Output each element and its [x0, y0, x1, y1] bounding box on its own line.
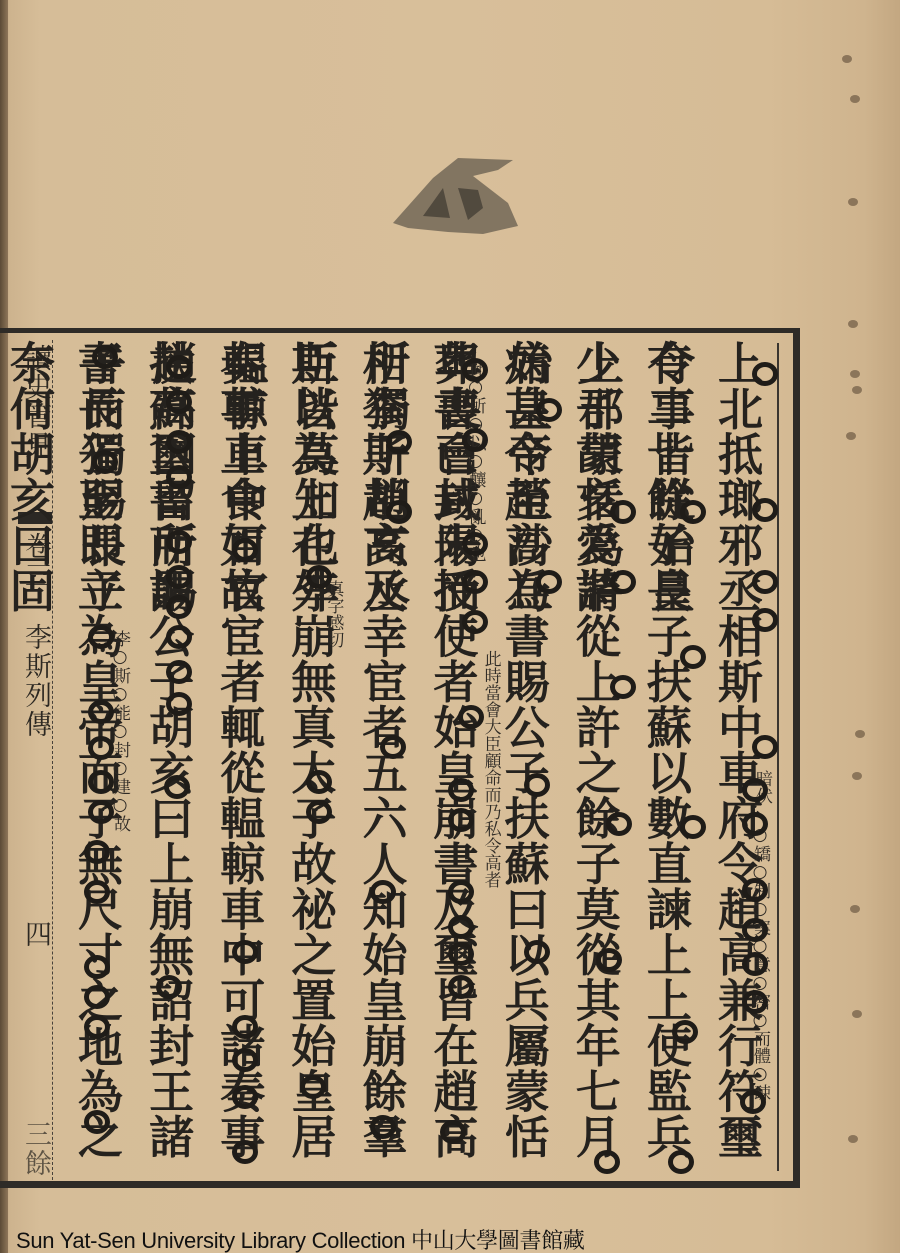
emphasis-circle-mark	[166, 692, 192, 716]
emphasis-circle-mark	[462, 610, 488, 634]
emphasis-circle-mark	[752, 735, 778, 759]
emphasis-circle-mark	[742, 918, 768, 942]
emphasis-circle-mark	[92, 450, 118, 474]
main-text-block: 上北抵瑯邪丞相斯中車府令趙高兼行符璽令事皆從始皇 暗伏 ○矯○制○案○意○密○而…	[62, 340, 770, 1180]
emphasis-circle-mark	[610, 570, 636, 594]
emphasis-circle-mark	[668, 1150, 694, 1174]
emphasis-circle-mark	[448, 880, 474, 904]
wormhole	[852, 772, 862, 780]
column-text: 斯以為上在外崩無真太子故祕之置始皇居輼輬車中百官	[275, 340, 343, 1180]
emphasis-circle-mark	[462, 570, 488, 594]
emphasis-circle-mark	[536, 398, 562, 422]
column-text: 少子胡亥愛請從上許之餘子莫從其年七月始皇帝至沙丘	[560, 340, 628, 1180]
emphasis-circle-mark	[610, 500, 636, 524]
emphasis-circle-mark	[524, 940, 550, 964]
emphasis-circle-mark	[88, 800, 114, 824]
emphasis-circle-mark	[752, 608, 778, 632]
emphasis-circle-mark	[752, 498, 778, 522]
wormhole	[846, 432, 856, 440]
emphasis-circle-mark	[524, 773, 550, 797]
emphasis-circle-mark	[462, 428, 488, 452]
emphasis-circle-mark	[606, 812, 632, 836]
emphasis-circle-mark	[166, 530, 192, 554]
torn-ink-stamp-mark	[388, 148, 523, 243]
emphasis-circle-mark	[740, 1090, 766, 1114]
emphasis-circle-mark	[232, 940, 258, 964]
emphasis-circle-mark	[672, 1020, 698, 1044]
emphasis-circle-mark	[166, 565, 192, 589]
frame-inner-rule	[777, 343, 779, 1171]
emphasis-circle-mark	[680, 815, 706, 839]
emphasis-circle-mark	[448, 808, 474, 832]
column-text: 相李斯趙高及幸宦者五六人知始皇崩餘羣臣皆莫知也李	[346, 340, 414, 1180]
emphasis-circle-mark	[166, 660, 192, 684]
emphasis-circle-mark	[156, 975, 182, 999]
text-column-3: 少子胡亥愛請從上許之餘子莫從其年七月始皇帝至沙丘	[560, 340, 628, 1180]
emphasis-circle-mark	[680, 645, 706, 669]
emphasis-circle-mark	[232, 1140, 258, 1164]
emphasis-circle-mark	[752, 570, 778, 594]
emphasis-circle-mark	[88, 625, 114, 649]
emphasis-circle-mark	[166, 390, 192, 414]
emphasis-circle-mark	[166, 465, 192, 489]
commentary-note: 李○斯○能○封○建○故	[110, 630, 130, 832]
emphasis-circle-mark	[84, 955, 110, 979]
emphasis-circle-mark	[680, 500, 706, 524]
text-column-4: 病甚令趙高為書賜公子扶蘇曰以兵屬蒙恬與喪會咸陽而 此時當會大臣顧命而乃私令高者	[489, 340, 557, 1180]
emphasis-circle-mark	[84, 840, 110, 864]
wormhole	[852, 386, 862, 394]
wormhole	[848, 1135, 858, 1143]
emphasis-circle-mark	[380, 735, 406, 759]
emphasis-circle-mark	[742, 812, 768, 836]
page-number: 四	[16, 920, 55, 949]
emphasis-circle-mark	[742, 778, 768, 802]
emphasis-circle-mark	[166, 430, 192, 454]
text-column-7: 斯以為上在外崩無真太子故祕之置始皇居輼輬車中百官 真字感切	[275, 340, 343, 1180]
text-column-9: 扶蘇璽書而謂公子胡亥曰上崩無詔封王諸子而獨賜長子	[133, 340, 201, 1180]
emphasis-circle-mark	[232, 1048, 258, 1072]
emphasis-circle-mark	[752, 362, 778, 386]
emphasis-circle-mark	[596, 948, 622, 972]
bottom-margin-text: 三餘	[16, 1120, 55, 1178]
emphasis-circle-mark	[84, 1110, 110, 1134]
emphasis-circle-mark	[462, 532, 488, 556]
wormhole	[855, 730, 865, 738]
emphasis-circle-mark	[742, 878, 768, 902]
emphasis-circle-mark	[536, 570, 562, 594]
emphasis-circle-mark	[370, 880, 396, 904]
emphasis-circle-mark	[370, 1115, 396, 1139]
emphasis-circle-mark	[610, 675, 636, 699]
emphasis-circle-mark	[88, 700, 114, 724]
emphasis-circle-mark	[448, 975, 474, 999]
emphasis-circle-mark	[88, 770, 114, 794]
emphasis-circle-mark	[84, 880, 110, 904]
emphasis-circle-mark	[448, 942, 474, 966]
emphasis-circle-mark	[232, 1085, 258, 1109]
library-collection-caption: Sun Yat-Sen University Library Collectio…	[16, 1224, 585, 1253]
emphasis-circle-mark	[306, 565, 332, 589]
text-column-6: 相李斯趙高及幸宦者五六人知始皇崩餘羣臣皆莫知也李	[346, 340, 414, 1180]
emphasis-circle-mark	[92, 345, 118, 369]
emphasis-circle-mark	[88, 736, 114, 760]
emphasis-circle-mark	[164, 775, 190, 799]
commentary-note: 真字感切	[323, 580, 343, 648]
column-text: 有二十餘子長子扶蘇以數直諫上上使監兵上郡蒙恬為將	[631, 340, 699, 1180]
emphasis-circle-mark	[440, 1120, 466, 1144]
emphasis-circle-mark	[386, 430, 412, 454]
emphasis-circle-mark	[300, 1075, 326, 1099]
emphasis-circle-mark	[386, 500, 412, 524]
wormhole	[850, 95, 860, 103]
emphasis-circle-mark	[594, 1150, 620, 1174]
wormhole	[842, 55, 852, 63]
wormhole	[848, 320, 858, 328]
emphasis-circle-mark	[232, 1015, 258, 1039]
emphasis-circle-mark	[84, 985, 110, 1009]
wormhole	[852, 1010, 862, 1018]
wormhole	[850, 905, 860, 913]
emphasis-circle-mark	[166, 625, 192, 649]
emphasis-circle-mark	[84, 1015, 110, 1039]
emphasis-circle-mark	[448, 915, 474, 939]
text-column-1: 上北抵瑯邪丞相斯中車府令趙高兼行符璽令事皆從始皇 暗伏 ○矯○制○案○意○密○而…	[702, 340, 770, 1180]
emphasis-circle-mark	[742, 990, 768, 1014]
wormhole	[850, 370, 860, 378]
wormhole	[848, 198, 858, 206]
emphasis-circle-mark	[166, 595, 192, 619]
emphasis-circle-mark	[232, 538, 258, 562]
text-column-5: 葬書已封未授使者始皇崩書及璽皆在趙高所獨子胡亥丞 此○所○以○釀○亂○也	[418, 340, 486, 1180]
emphasis-circle-mark	[306, 770, 332, 794]
emphasis-circle-mark	[166, 355, 192, 379]
emphasis-circle-mark	[462, 358, 488, 382]
emphasis-circle-mark	[448, 778, 474, 802]
text-column-2: 有二十餘子長子扶蘇以數直諫上上使監兵上郡蒙恬為將	[631, 340, 699, 1180]
emphasis-circle-mark	[742, 952, 768, 976]
emphasis-circle-mark	[458, 705, 484, 729]
emphasis-circle-mark	[306, 800, 332, 824]
column-text: 扶蘇璽書而謂公子胡亥曰上崩無詔封王諸子而獨賜長子	[133, 340, 201, 1180]
